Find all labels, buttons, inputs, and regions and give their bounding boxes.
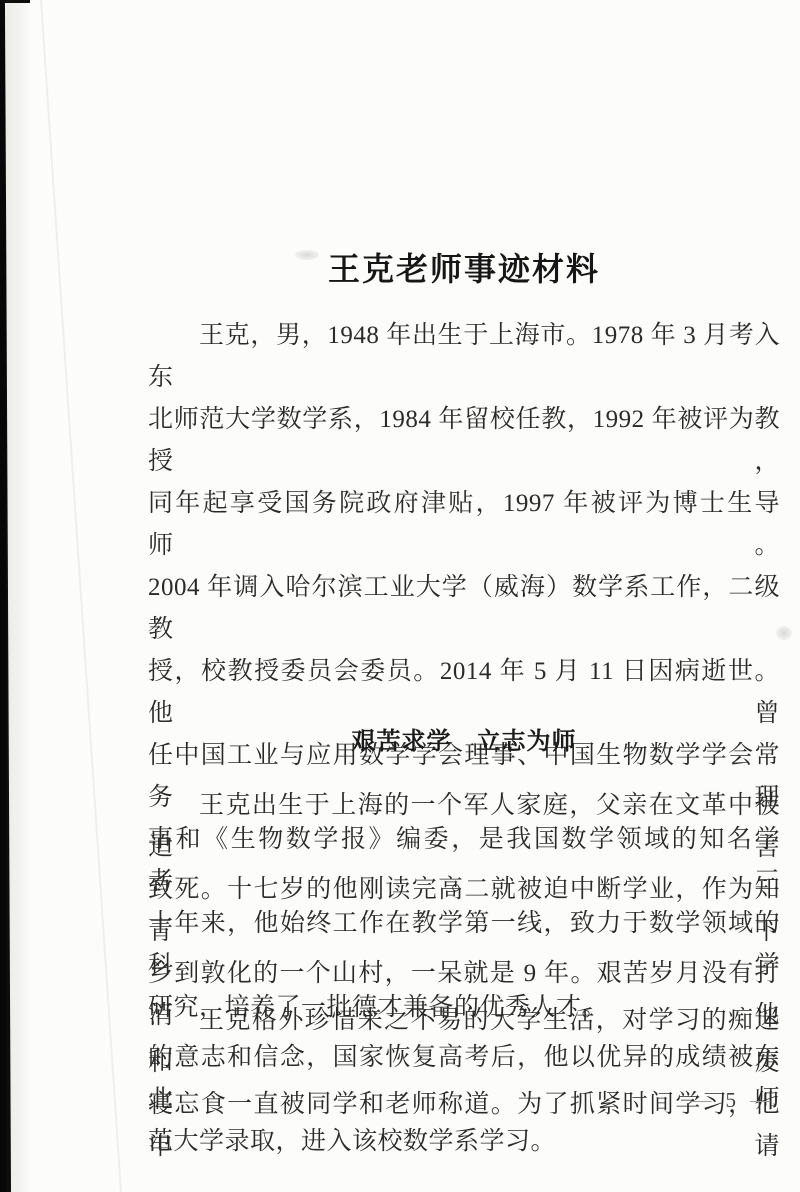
text-line: 北师范大学数学系，1984 年留校任教，1992 年被评为教授， bbox=[148, 399, 780, 483]
page-curvature-shadow bbox=[6, 0, 32, 1192]
text-line: 2004 年调入哈尔滨工业大学（威海）数学系工作，二级教 bbox=[148, 567, 780, 651]
text-line: 同年起享受国务院政府津贴，1997 年被评为博士生导师。 bbox=[148, 483, 780, 567]
page-number: 5 bbox=[726, 1088, 737, 1112]
text-line: 寝忘食一直被同学和老师称道。为了抓紧时间学习，他申请 bbox=[148, 1084, 780, 1168]
section-heading: 艰苦求学 立志为师 bbox=[148, 721, 780, 763]
text-line: 致死。十七岁的他刚读完高二就被迫中断学业，作为知青下 bbox=[148, 869, 780, 953]
text-line: 王克格外珍惜来之不易的大学生活，对学习的痴迷和废 bbox=[148, 1000, 780, 1084]
text-line: 王克，男，1948 年出生于上海市。1978 年 3 月考入东 bbox=[148, 315, 780, 399]
text-line: 王克出生于上海的一个军人家庭，父亲在文革中被迫害 bbox=[148, 785, 780, 869]
paragraph-university-life: 王克格外珍惜来之不易的大学生活，对学习的痴迷和废 寝忘食一直被同学和老师称道。为… bbox=[148, 1000, 780, 1168]
document-title: 王克老师事迹材料 bbox=[148, 246, 780, 292]
page-footer: — 5 — bbox=[692, 1088, 771, 1112]
footer-dash-left: — bbox=[692, 1088, 712, 1112]
footer-dash-right: — bbox=[750, 1088, 770, 1112]
scanned-document-page: 王克老师事迹材料 王克，男，1948 年出生于上海市。1978 年 3 月考入东… bbox=[0, 0, 800, 1192]
